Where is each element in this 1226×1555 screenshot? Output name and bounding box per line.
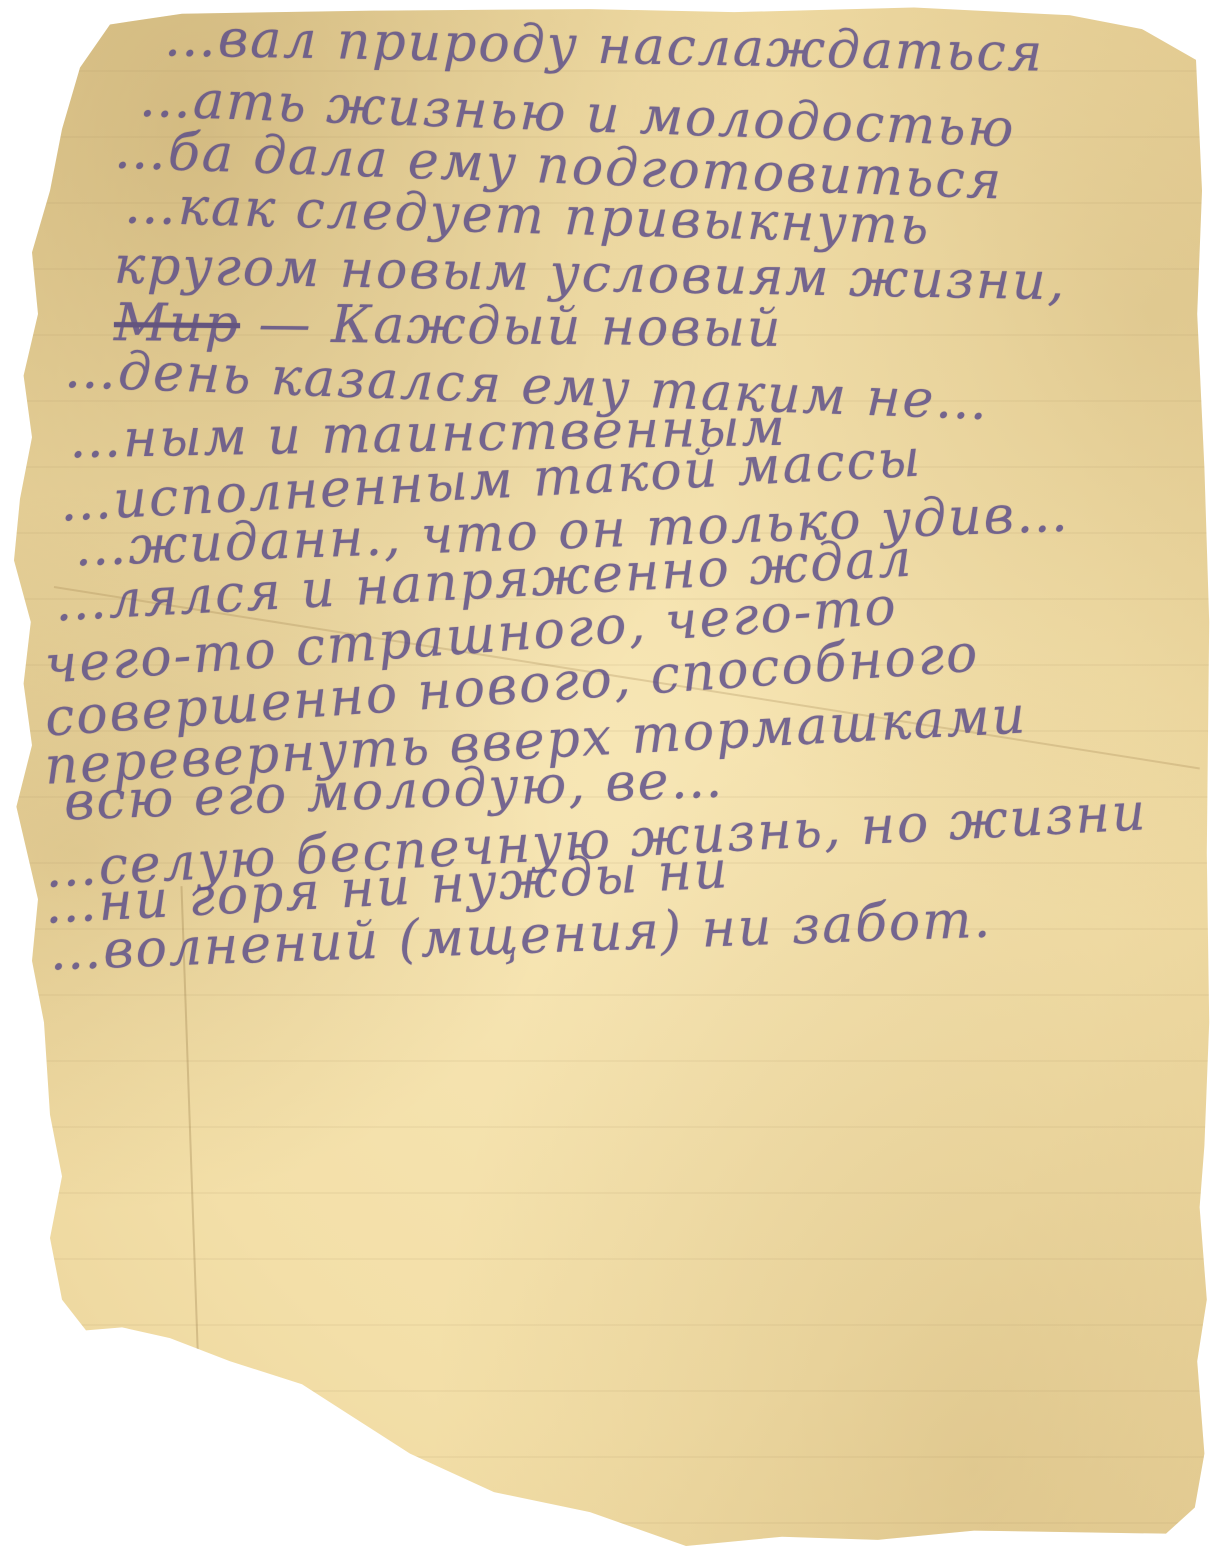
dash: — bbox=[258, 294, 313, 354]
text-line-content: Каждый новый bbox=[331, 295, 783, 359]
paper-sheet: …вал природу наслаждаться …ать жизнью и … bbox=[14, 6, 1214, 1546]
